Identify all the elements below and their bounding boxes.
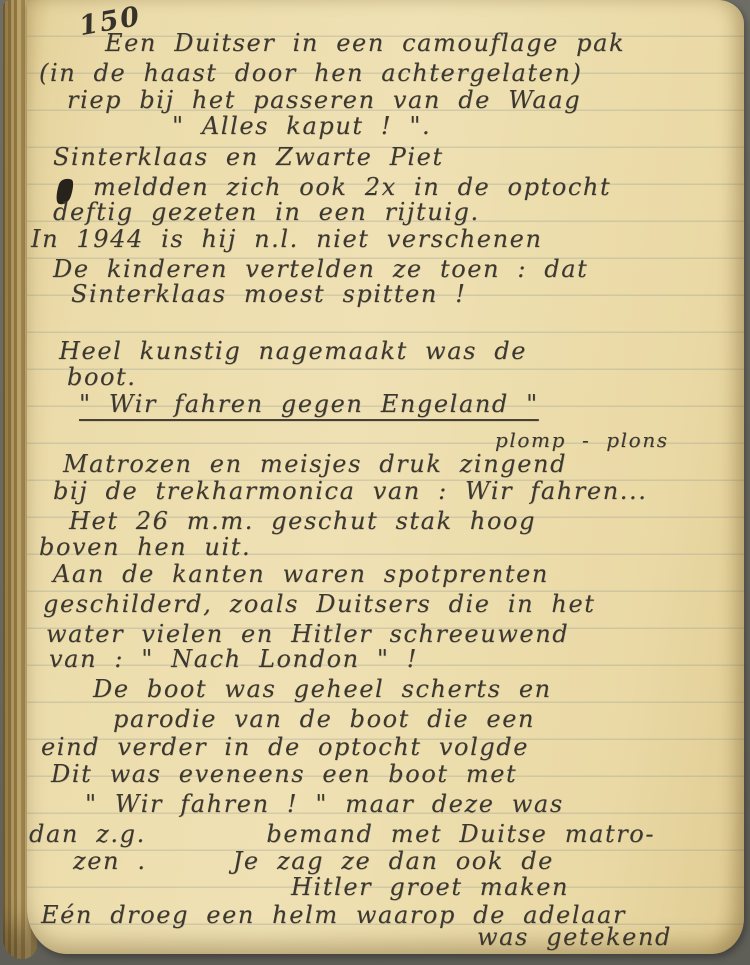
handwritten-line: van : " Nach London " ! <box>49 646 418 673</box>
handwritten-line: dan z.g. bemand met Duitse matro- <box>29 821 655 848</box>
handwritten-line: parodie van de boot die een <box>113 706 535 733</box>
handwritten-line: Het 26 m.m. geschut stak hoog <box>69 508 536 535</box>
handwritten-line: deftig gezeten in een rijtuig. <box>53 199 480 226</box>
handwritten-line: zen . Je zag ze dan ook de <box>73 848 554 875</box>
handwritten-line: In 1944 is hij n.l. niet verschenen <box>31 226 543 253</box>
handwritten-line: Hitler groet maken <box>291 874 569 901</box>
handwritten-line: Heel kunstig nagemaakt was de <box>59 338 527 365</box>
handwritten-line: " Alles kaput ! ". <box>172 113 431 140</box>
handwritten-line: De boot was geheel scherts en <box>93 676 552 703</box>
handwritten-line: Matrozen en meisjes druk zingend <box>63 451 567 478</box>
handwritten-line: bij de trekharmonica van : Wir fahren... <box>53 478 647 505</box>
handwritten-line: riep bij het passeren van de Waag <box>67 87 581 114</box>
handwritten-line: Sinterklaas moest spitten ! <box>71 281 466 308</box>
handwritten-line: (in de haast door hen achtergelaten) <box>39 60 582 87</box>
handwritten-line: " Wir fahren ! " maar deze was <box>85 791 564 818</box>
handwritten-line: boven hen uit. <box>39 534 251 561</box>
handwritten-line: meldden zich ook 2x in de optocht <box>93 174 611 201</box>
handwritten-line: De kinderen vertelden ze toen : dat <box>53 256 588 283</box>
handwritten-line: Dit was eveneens een boot met <box>51 761 517 788</box>
handwritten-line: Een Duitser in een camouflage pak <box>105 30 625 57</box>
handwritten-line: geschilderd, zoals Duitsers die in het <box>43 591 596 618</box>
song-title-line: " Wir fahren gegen Engeland " <box>79 391 539 418</box>
handwritten-line: Sinterklaas en Zwarte Piet <box>53 144 444 171</box>
scanned-diary-page: 150 Een Duitser in een camouflage pak (i… <box>0 0 750 965</box>
handwritten-line: was getekend <box>477 924 672 951</box>
handwritten-line: Aan de kanten waren spotprenten <box>53 561 549 588</box>
diary-paper-page: 150 Een Duitser in een camouflage pak (i… <box>27 0 744 954</box>
handwritten-line: boot. <box>67 364 137 391</box>
handwritten-line: eind verder in de optocht volgde <box>41 734 529 761</box>
handwritten-line: water vielen en Hitler schreeuwend <box>46 621 569 648</box>
